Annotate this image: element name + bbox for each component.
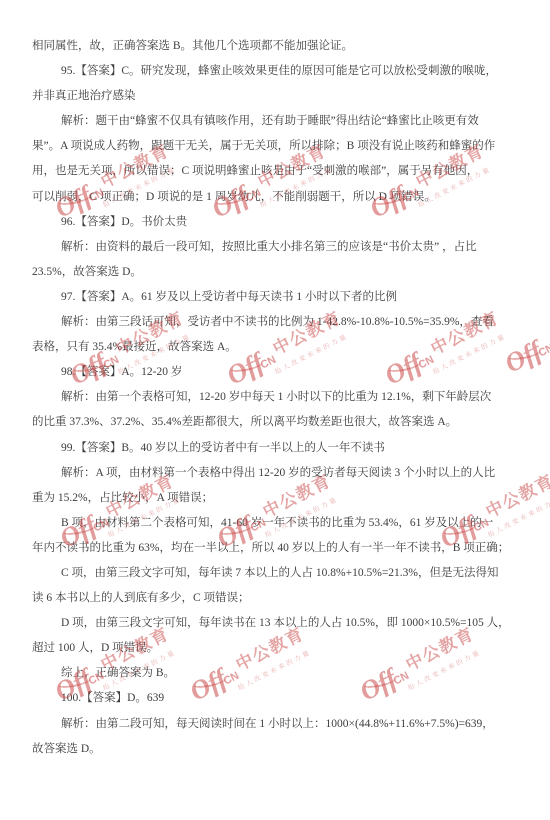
text-line: 用，也是无关项，所以错误；C 项说明蜂蜜止咳是由于“受刺激的喉部”，属于另有他因…: [32, 159, 524, 184]
text-line: 99.【答案】B。40 岁以上的受访者中有一半以上的人一年不读书: [32, 436, 524, 461]
text-line: 解析：题干由“蜂蜜不仅具有镇咳作用，还有助于睡眠”得出结论“蜂蜜比止咳更有效: [32, 109, 524, 134]
text-line: 解析：由资料的最后一段可知，按照比重大小排名第三的应该是“书价太贵” ，占比: [32, 235, 524, 260]
text-line: 97.【答案】A。61 岁及以上受访者中每天读书 1 小时以下者的比例: [32, 285, 524, 310]
text-line: 100.【答案】D。639: [32, 686, 524, 711]
text-line: 解析：由第一个表格可知，12-20 岁中每天 1 小时以下的比重为 12.1%，…: [32, 385, 524, 410]
text-line: C 项，由第三段文字可知，每年读 7 本以上的人占 10.8%+10.5%=21…: [32, 561, 524, 586]
text-line: 综上，正确答案为 B。: [32, 661, 524, 686]
text-line: 解析：A 项，由材料第一个表格中得出 12-20 岁的受访者每天阅读 3 个小时…: [32, 461, 524, 486]
text-line: 年内不读书的比重为 63%，均在一半以上，所以 40 岁以上的人有一半一年不读书…: [32, 536, 524, 561]
text-line: 23.5%，故答案选 D。: [32, 260, 524, 285]
text-line: 果”。A 项说成人药物，跟题干无关，属于无关项，所以排除；B 项没有说止咳药和蜂…: [32, 134, 524, 159]
text-line: 96.【答案】D。书价太贵: [32, 210, 524, 235]
text-line: D 项，由第三段文字可知，每年读书在 13 本以上的人占 10.5%，即 100…: [32, 611, 524, 636]
text-line: 故答案选 D。: [32, 737, 524, 762]
text-line: 读 6 本书以上的人到底有多少，C 项错误；: [32, 586, 524, 611]
document-page: 相同属性，故，正确答案选 B。其他几个选项都不能加强论证。95.【答案】C。研究…: [0, 0, 550, 820]
offcn-logo-cn-icon: CN: [537, 342, 550, 359]
text-line: 解析：由第二段可知，每天阅读时间在 1 小时以上：1000×(44.8%+11.…: [32, 712, 524, 737]
text-line: 解析：由第三段话可知，受访者中不读书的比例为 1-42.8%-10.8%-10.…: [32, 310, 524, 335]
text-line: 相同属性，故，正确答案选 B。其他几个选项都不能加强论证。: [32, 34, 524, 59]
text-line: 可以削弱，C 项正确；D 项说的是 1 周岁幼儿，不能削弱题干，所以 D 项错误…: [32, 185, 524, 210]
text-line: B 项，由材料第二个表格可知，41-60 岁一年不读书的比重为 53.4%，61…: [32, 511, 524, 536]
document-body: 相同属性，故，正确答案选 B。其他几个选项都不能加强论证。95.【答案】C。研究…: [32, 34, 524, 762]
text-line: 表格，只有 35.4%最接近，故答案选 A。: [32, 335, 524, 360]
text-line: 95.【答案】C。研究发现，蜂蜜止咳效果更佳的原因可能是它可以放松受刺激的喉咙，: [32, 59, 524, 84]
text-line: 并非真正地治疗感染: [32, 84, 524, 109]
text-line: 重为 15.2%，占比较小，A 项错误；: [32, 486, 524, 511]
text-line: 的比重 37.3%、37.2%、35.4%差距都很大，所以离平均数差距也很大，故…: [32, 410, 524, 435]
text-line: 超过 100 人，D 项错误。: [32, 636, 524, 661]
text-line: 98.【答案】A。12-20 岁: [32, 360, 524, 385]
